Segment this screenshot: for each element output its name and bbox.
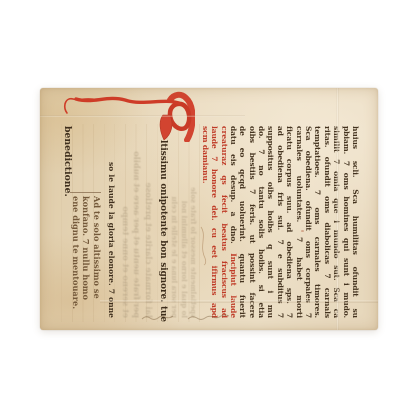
canticle-inset-line: Ad te solo altissimo se xyxy=(91,196,102,324)
text-line: suppositus oibs hoibs q sunt i mu xyxy=(266,126,275,318)
marginal-scribble xyxy=(140,313,240,323)
canticle-closing-line: benedictione. xyxy=(62,126,73,198)
text-line: ad obediena fris sui. 7 e subditus 7 xyxy=(275,126,284,318)
text-block-salutatio-virtutum: huius scli. Sca humilitas ofundit supbia… xyxy=(200,126,360,318)
canticle-line-1: ltissimu onipotente bon signore. tue xyxy=(157,140,169,322)
inset-divider-rule xyxy=(70,192,101,193)
text-line: temptatioes. 7 oms carnales timores. xyxy=(313,126,322,318)
text-line: scm damianu. xyxy=(200,126,209,318)
text-line: huius scli. Sca humilitas ofundit su xyxy=(351,126,360,318)
text-line: ritas. ofundit oms diabolicas 7 carnals xyxy=(322,126,331,318)
canticle-inset-lines: Ad te solo altissimo sekonfano. 7 nullu … xyxy=(70,196,102,324)
text-line: pbiam. 7 oms homines qui sunt i mudo. xyxy=(341,126,350,318)
manuscript-page-rotated: huius scli. Sca humilitas ofundit supbia… xyxy=(40,88,378,330)
text-line: Sca obediena. ofundit oms corpales 7 xyxy=(304,126,313,318)
text-line: de eo qcqd uoluerint. quantu fuerit xyxy=(238,126,247,318)
canticle-line-2: so le laude la gloria elonore. 7 onne xyxy=(106,162,117,318)
text-line: ficatu corpus suu. ad obediena sps. 7 xyxy=(285,126,294,318)
text-line: creaturaz qs fecit beatus fraciscus ad xyxy=(219,126,228,318)
manuscript-product-photo: huius scli. Sca humilitas ofundit supbia… xyxy=(0,0,416,416)
ink-speck xyxy=(301,230,304,232)
text-line: datu eis desup. a dno. Incipiut laude xyxy=(229,126,238,318)
text-line: similit 7 omia que i mundo sut. Sca ca xyxy=(332,126,341,318)
scratch-mark xyxy=(196,226,210,266)
parchment-leaf: huius scli. Sca humilitas ofundit supbia… xyxy=(40,88,378,330)
canticle-inset-line: ene dignu te mentouare. xyxy=(70,196,81,324)
text-line: oibs bestiis 7 feris. ut possint facere xyxy=(247,126,256,318)
text-line: carnales uoluntates. 7 habet morti xyxy=(294,126,303,318)
canticle-inset-line: konfano. 7 nullu homo xyxy=(81,196,92,324)
text-line: do. 7 no tantu solis hoibs. si etia xyxy=(257,126,266,318)
illuminated-initial-a xyxy=(61,90,195,142)
text-line: laude 7 honore dei. cu eet ifirmus apd xyxy=(210,126,219,318)
